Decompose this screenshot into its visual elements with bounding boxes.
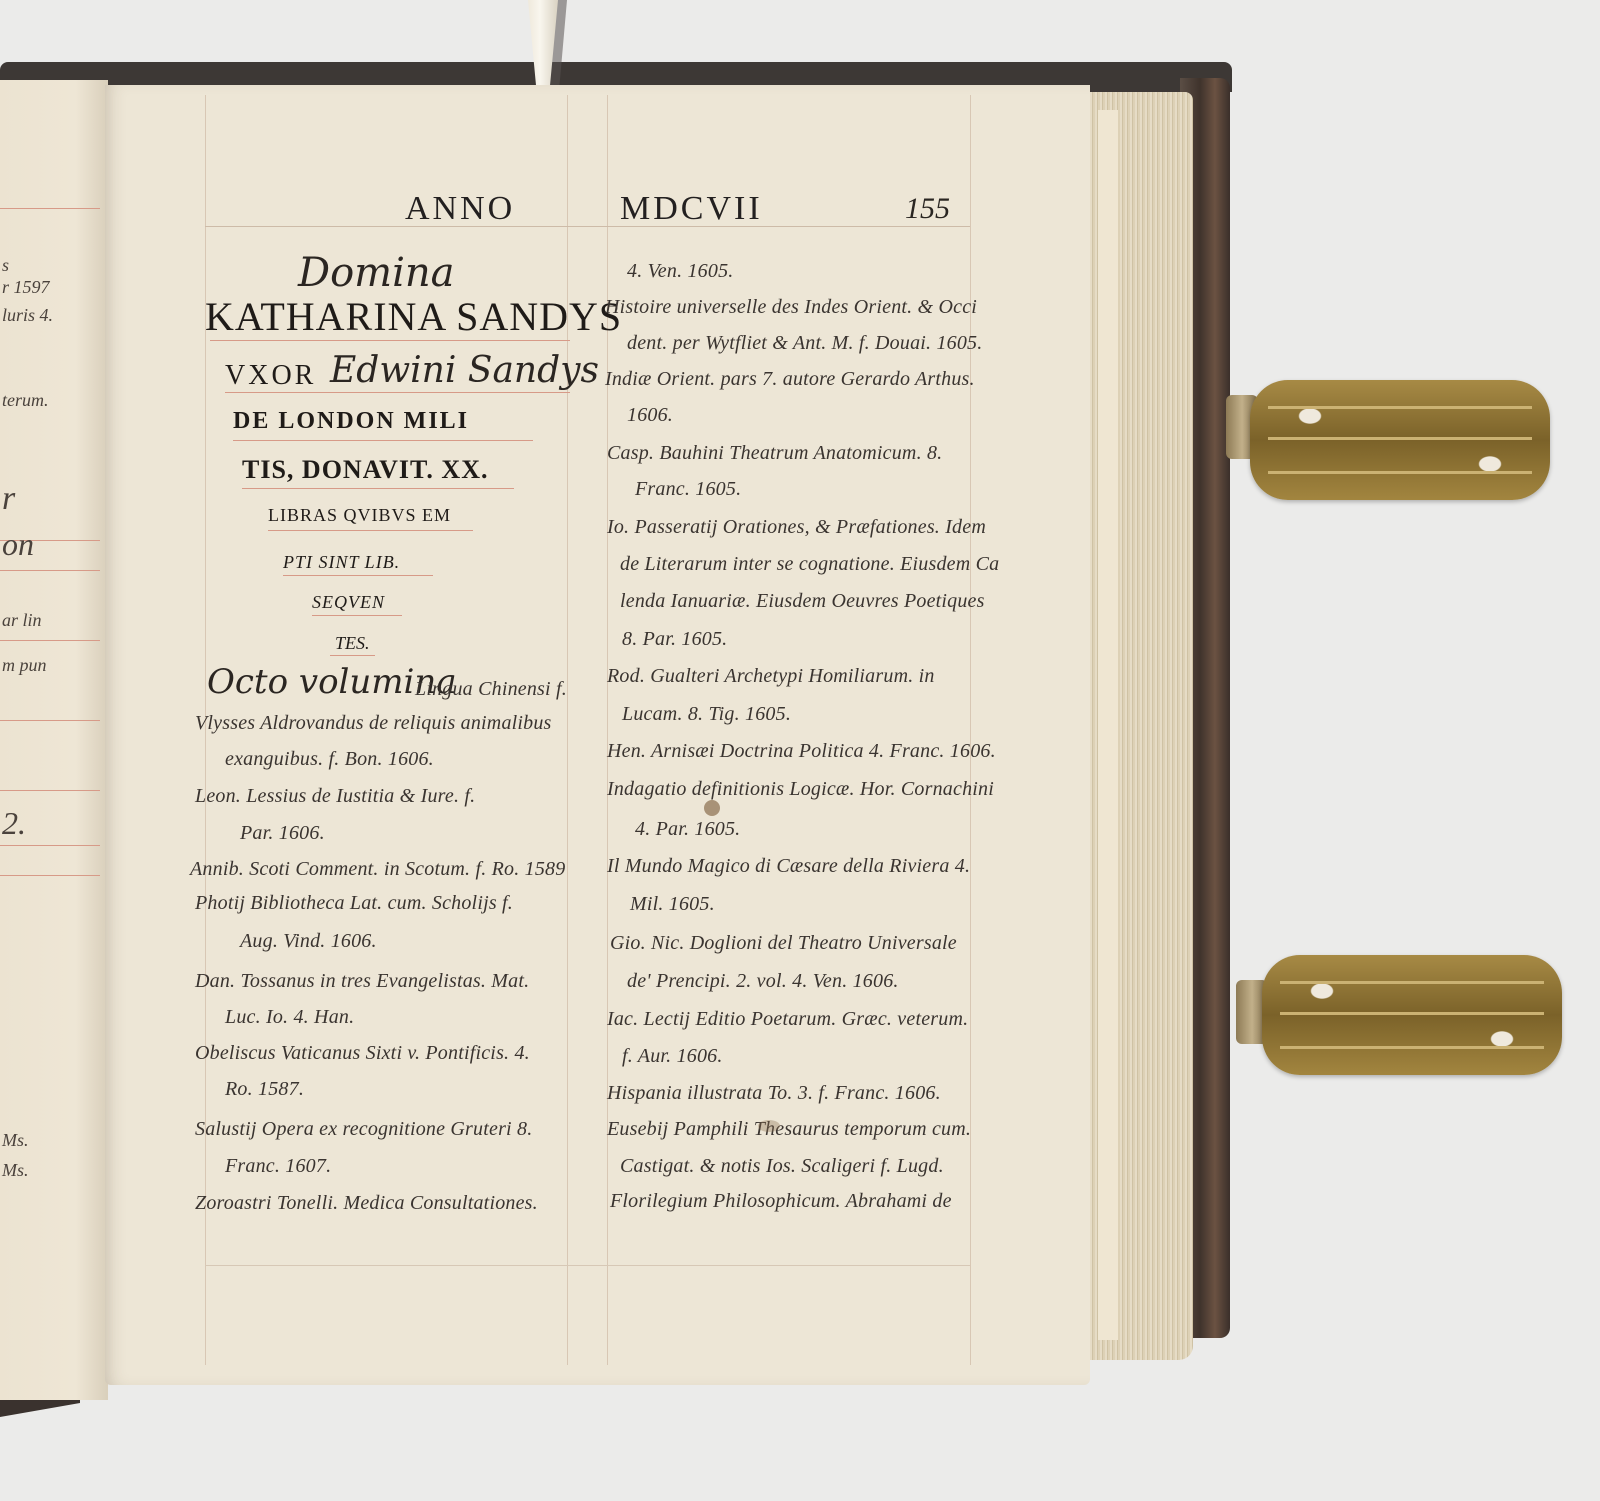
heading-de-london: DE LONDON MILI [233,408,469,435]
entry-text: Indiæ Orient. pars 7. autore Gerardo Art… [605,368,975,391]
entry-text: 1606. [627,404,673,427]
entry-text: f. Aur. 1606. [622,1045,723,1068]
running-head-anno: ANNO [405,190,515,228]
entry-text: de' Prencipi. 2. vol. 4. Ven. 1606. [627,970,899,993]
left-page-fragment: ar lin [2,610,42,631]
entry-text: exanguibus. f. Bon. 1606. [225,748,434,771]
entry-text: Hen. Arnisæi Doctrina Politica 4. Franc.… [607,740,996,763]
entry-text: Zoroastri Tonelli. Medica Consultationes… [195,1192,538,1215]
brass-clasp-upper [1250,380,1550,500]
entry-text: Luc. Io. 4. Han. [225,1006,354,1029]
entry-text: 4. Par. 1605. [635,818,740,841]
entry-text: Franc. 1607. [225,1155,331,1178]
brass-clasp-lower [1262,955,1562,1075]
entry-text: de Literarum inter se cognatione. Eiusde… [620,553,999,576]
heading-sequen: SEQVEN [312,592,385,613]
entry-text: Annib. Scoti Comment. in Scotum. f. Ro. … [190,858,565,881]
page-fore-edge-highlight [1098,110,1118,1340]
entry-text: 8. Par. 1605. [622,628,727,651]
head-rule [205,226,970,227]
ruled-line [233,440,533,441]
heading-tes: TES. [335,633,370,654]
foot-rule [205,1265,970,1266]
left-page-fragment: s [2,255,9,276]
left-page-fragment: m pun [2,655,47,676]
entry-text: Casp. Bauhini Theatrum Anatomicum. 8. [607,442,942,465]
folio-number: 155 [905,192,950,226]
entry-text: Leon. Lessius de Iustitia & Iure. f. [195,785,475,808]
entry-text: Iac. Lectij Editio Poetarum. Græc. veter… [607,1008,968,1031]
ruled-line [0,875,100,876]
entry-text: dent. per Wytfliet & Ant. M. f. Douai. 1… [627,332,982,355]
entry-text: Florilegium Philosophicum. Abrahami de [610,1190,952,1213]
ruled-line [242,488,514,489]
entry-text: Hispania illustrata To. 3. f. Franc. 160… [607,1082,941,1105]
left-page-fragment: terum. [2,390,49,411]
ruled-line [0,790,100,791]
entry-text: lenda Ianuariæ. Eiusdem Oeuvres Poetique… [620,590,985,613]
heading-donavit: TIS, DONAVIT. XX. [242,455,488,485]
heading-donor-name: KATHARINA SANDYS [205,293,622,340]
entry-text: Franc. 1605. [635,478,741,501]
entry-text: Gio. Nic. Doglioni del Theatro Universal… [610,932,957,955]
entry-text: Dan. Tossanus in tres Evangelistas. Mat. [195,970,529,993]
ruled-line [330,655,375,656]
heading-vxor: VXOR [225,360,316,392]
entry-text: Io. Passeratij Orationes, & Præfationes.… [607,516,986,539]
column-rule-right [607,95,608,1365]
left-page-fragment: 2. [2,805,26,842]
entry-text: Par. 1606. [240,822,325,845]
entry-text: Histoire universelle des Indes Orient. &… [605,296,977,319]
ink-stain [704,800,720,816]
column-rule-left [567,95,568,1365]
heading-libras: LIBRAS QVIBVS EM [268,505,451,526]
entry-text: Vlysses Aldrovandus de reliquis animalib… [195,712,552,735]
left-page-fragment: r [2,480,15,518]
entry-text: Il Mundo Magico di Cæsare della Riviera … [607,855,970,878]
entry-text: Rod. Gualteri Archetypi Homiliarum. in [607,665,935,688]
entry-text: Castigat. & notis Ios. Scaligeri f. Lugd… [620,1155,944,1178]
entry-text: Salustij Opera ex recognitione Gruteri 8… [195,1118,532,1141]
entry-text: Ro. 1587. [225,1078,304,1101]
running-head-year: MDCVII [620,190,763,228]
entry-text: Lucam. 8. Tig. 1605. [622,703,791,726]
left-page-fragment: r 1597 [2,277,50,298]
ruled-line [225,392,570,393]
entry-text: Eusebij Pamphili Thesaurus temporum cum. [607,1118,971,1141]
entry-text: Aug. Vind. 1606. [240,930,377,953]
ruled-line [210,340,570,341]
entry-text: Mil. 1605. [630,893,715,916]
entry-text: Indagatio definitionis Logicæ. Hor. Corn… [607,778,994,801]
ruled-line [312,615,402,616]
margin-rule-right [970,95,971,1365]
entry-text: 4. Ven. 1605. [627,260,733,283]
heading-pti-sint: PTI SINT LIB. [283,552,400,573]
left-page-fragment: on [2,526,34,563]
entry-text: Photij Bibliotheca Lat. cum. Scholijs f. [195,892,513,915]
ruled-line [0,570,100,571]
ruled-line [0,720,100,721]
left-page-fragment: luris 4. [2,305,53,326]
ruled-line [0,640,100,641]
heading-husband-name: Edwini Sandys [330,350,599,391]
ruled-line [268,530,473,531]
ruled-line [0,208,100,209]
entry-text: Lingua Chinensi f. [415,678,567,701]
entry-text: Obeliscus Vaticanus Sixti v. Pontificis.… [195,1042,530,1065]
ruled-line [0,845,100,846]
left-page: s r 1597 luris 4. terum. r on ar lin m p… [0,80,108,1400]
left-page-fragment: Ms. [2,1130,29,1151]
left-page-fragment: Ms. [2,1160,29,1181]
foxing-stain [758,1120,780,1132]
ruled-line [283,575,433,576]
heading-domina: Domina [298,250,454,296]
